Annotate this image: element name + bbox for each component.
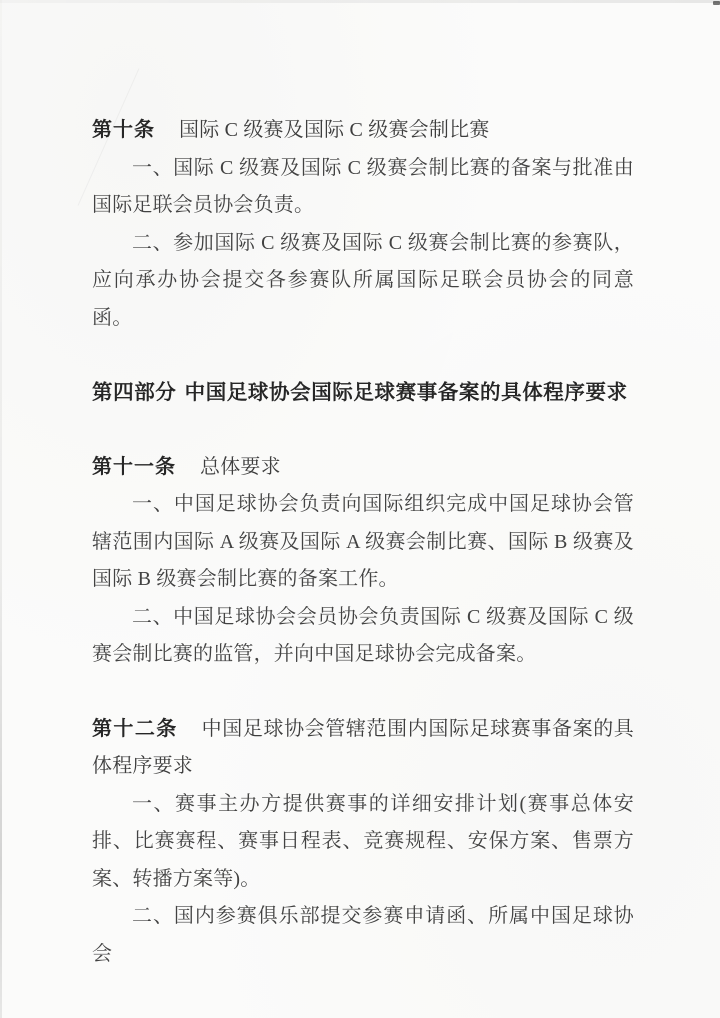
article-12-section: 第十二条中国足球协会管辖范围内国际足球赛事备案的具体程序要求 一、赛事主办方提供…	[92, 711, 634, 974]
article-12-paragraph-1: 一、赛事主办方提供赛事的详细安排计划(赛事总体安排、比赛赛程、赛事日程表、竞赛规…	[92, 786, 634, 899]
scan-left-edge-artifact	[0, 0, 2, 1018]
part-4-title: 中国足球协会国际足球赛事备案的具体程序要求	[185, 381, 628, 404]
article-11-heading: 第十一条总体要求	[92, 449, 634, 487]
part-4-number: 第四部分	[92, 381, 176, 404]
article-12-number: 第十二条	[92, 718, 178, 740]
scan-top-edge-artifact	[0, 0, 720, 3]
article-11-number: 第十一条	[92, 456, 176, 478]
article-11-paragraph-1: 一、中国足球协会负责向国际组织完成中国足球协会管辖范围内国际 A 级赛及国际 A…	[92, 486, 634, 599]
article-11-title: 总体要求	[200, 456, 281, 478]
article-10-title: 国际 C 级赛及国际 C 级赛会制比赛	[179, 119, 489, 141]
article-10-number: 第十条	[92, 119, 155, 141]
article-12-paragraph-2: 二、国内参赛俱乐部提交参赛申请函、所属中国足球协会	[92, 898, 634, 973]
article-11-paragraph-2: 二、中国足球协会会员协会负责国际 C 级赛及国际 C 级赛会制比赛的监管，并向中…	[92, 599, 634, 674]
scanned-document-page: 第十条国际 C 级赛及国际 C 级赛会制比赛 一、国际 C 级赛及国际 C 级赛…	[0, 0, 720, 1018]
part-4-heading: 第四部分中国足球协会国际足球赛事备案的具体程序要求	[92, 374, 634, 412]
article-10-paragraph-2: 二、参加国际 C 级赛及国际 C 级赛会制比赛的参赛队，应向承办协会提交各参赛队…	[92, 225, 634, 338]
article-10-section: 第十条国际 C 级赛及国际 C 级赛会制比赛 一、国际 C 级赛及国际 C 级赛…	[92, 112, 634, 337]
article-10-paragraph-1: 一、国际 C 级赛及国际 C 级赛会制比赛的备案与批准由国际足联会员协会负责。	[92, 150, 634, 225]
article-10-heading: 第十条国际 C 级赛及国际 C 级赛会制比赛	[92, 112, 634, 150]
article-12-heading: 第十二条中国足球协会管辖范围内国际足球赛事备案的具体程序要求	[92, 711, 634, 786]
article-11-section: 第十一条总体要求 一、中国足球协会负责向国际组织完成中国足球协会管辖范围内国际 …	[92, 449, 634, 674]
scan-corner-mark-artifact	[713, 1, 720, 5]
